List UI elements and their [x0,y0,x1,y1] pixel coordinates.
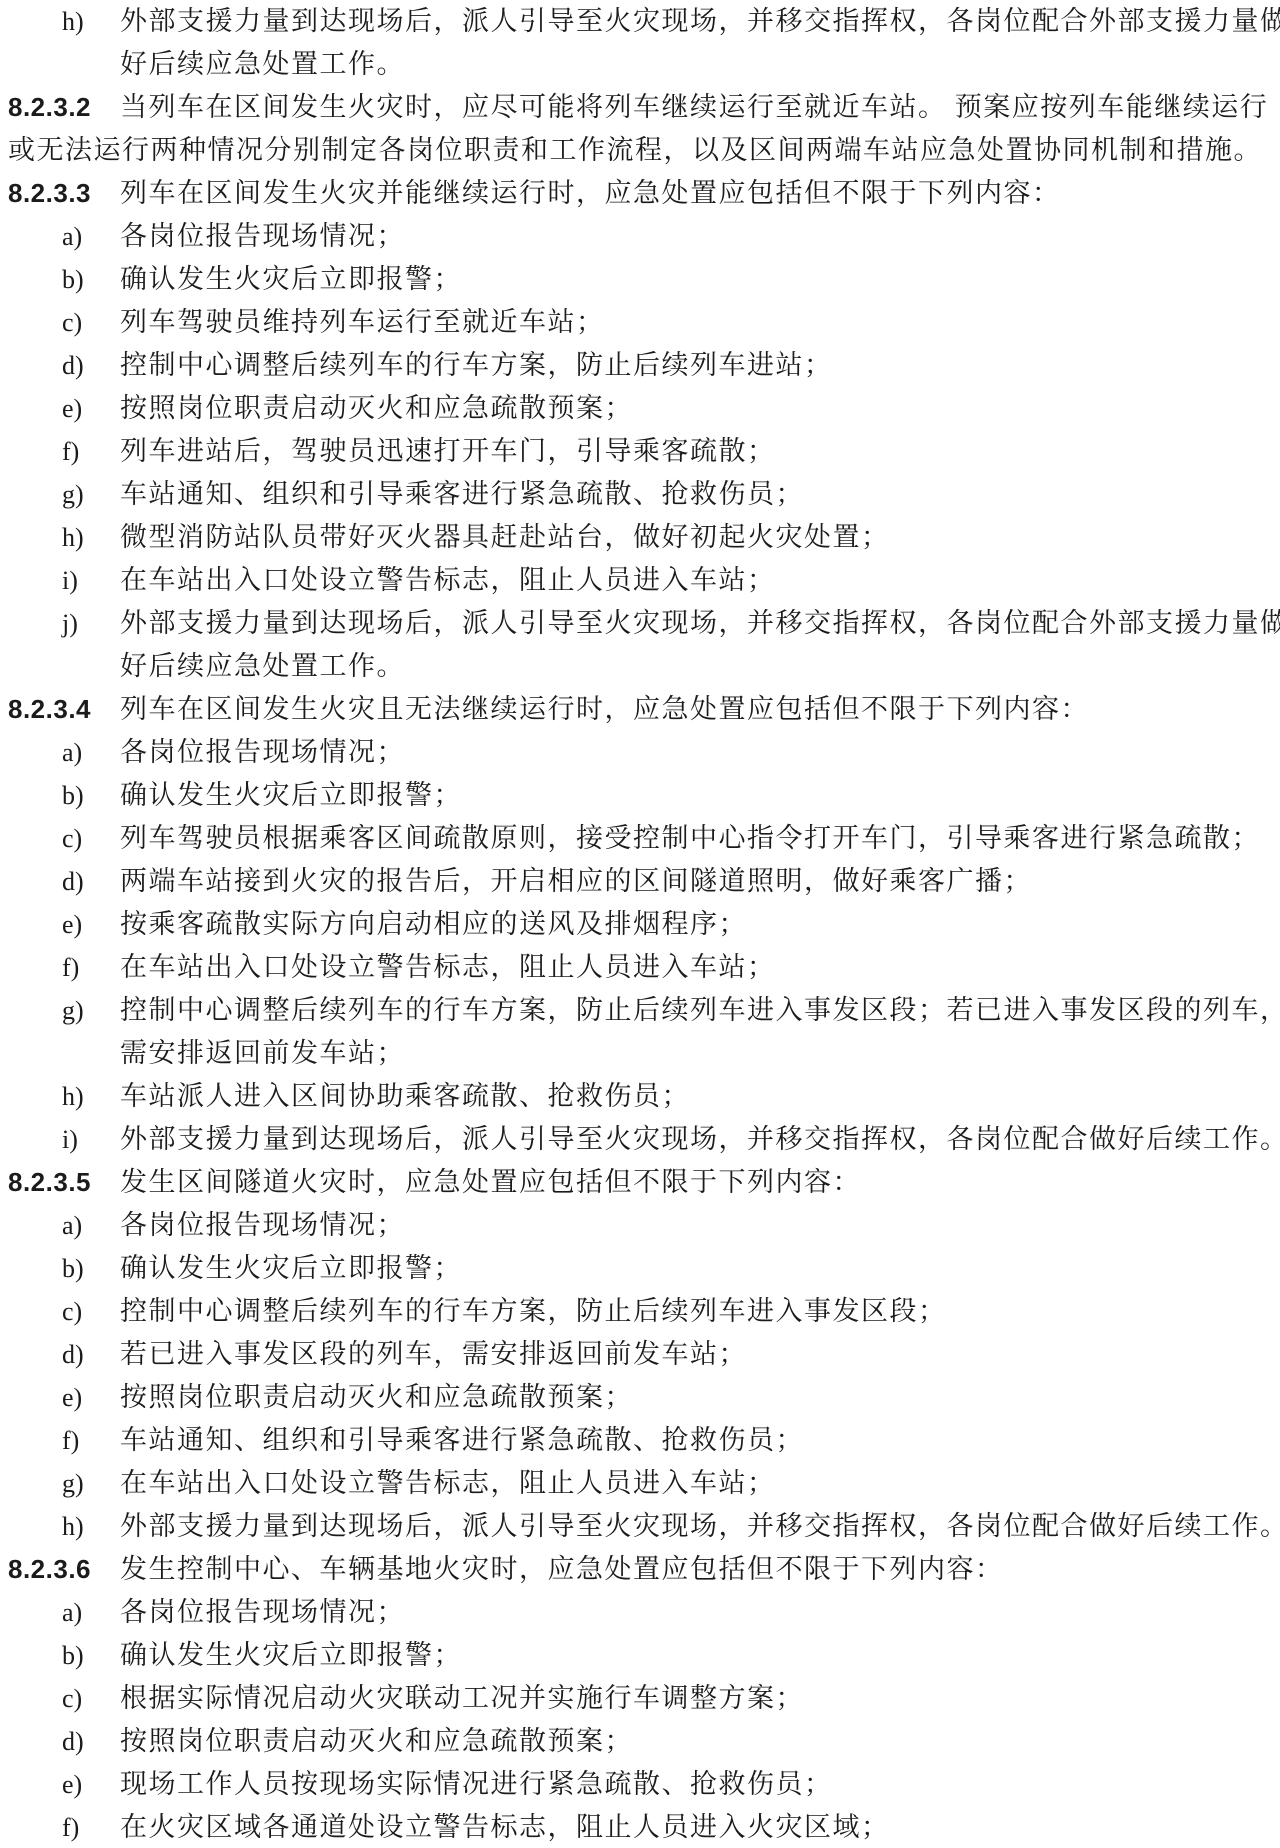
item-letter: d) [62,1333,120,1376]
item-h: h)外部支援力量到达现场后，派人引导至火灾现场，并移交指挥权，各岗位配合做好后续… [0,1505,1280,1548]
item-letter: e) [62,387,120,430]
item-f: f)在车站出入口处设立警告标志，阻止人员进入车站； [0,946,1280,989]
item-letter: j) [62,602,120,645]
line-text: 列车在区间发生火灾且无法继续运行时，应急处置应包括但不限于下列内容： [120,688,1089,731]
item-letter: c) [62,1290,120,1333]
line-text: 各岗位报告现场情况； [120,1591,405,1634]
line-text: 在车站出入口处设立警告标志，阻止人员进入车站； [120,559,776,602]
line-text: 发生区间隧道火灾时，应急处置应包括但不限于下列内容： [120,1161,861,1204]
item-c: c)控制中心调整后续列车的行车方案，防止后续列车进入事发区段； [0,1290,1280,1333]
section-number: 8.2.3.4 [8,688,120,731]
item-b: b)确认发生火灾后立即报警； [0,258,1280,301]
item-letter: a) [62,1591,120,1634]
line-text: 在火灾区域各通道处设立警告标志，阻止人员进入火灾区域； [120,1806,890,1848]
line-text: 确认发生火灾后立即报警； [120,774,462,817]
item-f: f)列车进站后，驾驶员迅速打开车门，引导乘客疏散； [0,430,1280,473]
line-text: 控制中心调整后续列车的行车方案，防止后续列车进入事发区段；若已进入事发区段的列车… [120,989,1280,1032]
item-d: d)控制中心调整后续列车的行车方案，防止后续列车进站； [0,344,1280,387]
item-f: f)在火灾区域各通道处设立警告标志，阻止人员进入火灾区域； [0,1806,1280,1848]
item-b: b)确认发生火灾后立即报警； [0,1634,1280,1677]
item-letter: b) [62,1634,120,1677]
item-letter: h) [62,1505,120,1548]
item-d: d)若已进入事发区段的列车，需安排返回前发车站； [0,1333,1280,1376]
document-page: h)外部支援力量到达现场后，派人引导至火灾现场，并移交指挥权，各岗位配合外部支援… [0,0,1280,1848]
item-letter: f) [62,946,120,989]
item-j: j)外部支援力量到达现场后，派人引导至火灾现场，并移交指挥权，各岗位配合外部支援… [0,602,1280,645]
line-text: 或无法运行两种情况分别制定各岗位职责和工作流程，以及区间两端车站应急处置协同机制… [8,129,1262,172]
item-e: e)按照岗位职责启动灭火和应急疏散预案； [0,1376,1280,1419]
line-text: 各岗位报告现场情况； [120,1204,405,1247]
line-text: 当列车在区间发生火灾时，应尽可能将列车继续运行至就近车站。 预案应按列车能继续运… [120,86,1268,129]
item-i: i)在车站出入口处设立警告标志，阻止人员进入车站； [0,559,1280,602]
line-text: 各岗位报告现场情况； [120,215,405,258]
item-letter: h) [62,516,120,559]
section-8-2-3-5: 8.2.3.5发生区间隧道火灾时，应急处置应包括但不限于下列内容： [0,1161,1280,1204]
item-f: f)车站通知、组织和引导乘客进行紧急疏散、抢救伤员； [0,1419,1280,1462]
item-h: h)微型消防站队员带好灭火器具赶赴站台，做好初起火灾处置； [0,516,1280,559]
item-letter: e) [62,1376,120,1419]
line-text: 车站通知、组织和引导乘客进行紧急疏散、抢救伤员； [120,473,804,516]
section-number: 8.2.3.3 [8,172,120,215]
line-text: 按照岗位职责启动灭火和应急疏散预案； [120,1376,633,1419]
section-8-2-3-6: 8.2.3.6发生控制中心、车辆基地火灾时，应急处置应包括但不限于下列内容： [0,1548,1280,1591]
item-letter: g) [62,473,120,516]
line-text: 发生控制中心、车辆基地火灾时，应急处置应包括但不限于下列内容： [120,1548,1004,1591]
line-text: 车站派人进入区间协助乘客疏散、抢救伤员； [120,1075,690,1118]
line-text: 列车驾驶员根据乘客区间疏散原则，接受控制中心指令打开车门，引导乘客进行紧急疏散； [120,817,1260,860]
item-c: c)列车驾驶员根据乘客区间疏散原则，接受控制中心指令打开车门，引导乘客进行紧急疏… [0,817,1280,860]
line-text: 按乘客疏散实际方向启动相应的送风及排烟程序； [120,903,747,946]
line-text: 确认发生火灾后立即报警； [120,258,462,301]
section-number: 8.2.3.6 [8,1548,120,1591]
item-h-continuing-run: h)外部支援力量到达现场后，派人引导至火灾现场，并移交指挥权，各岗位配合外部支援… [0,0,1280,43]
line-text: 按照岗位职责启动灭火和应急疏散预案； [120,387,633,430]
item-a: a)各岗位报告现场情况； [0,215,1280,258]
line-text: 外部支援力量到达现场后，派人引导至火灾现场，并移交指挥权，各岗位配合做好后续工作… [120,1118,1280,1161]
item-letter: f) [62,1419,120,1462]
line-text: 列车进站后，驾驶员迅速打开车门，引导乘客疏散； [120,430,776,473]
item-letter: h) [62,0,120,43]
section-number: 8.2.3.5 [8,1161,120,1204]
item-letter: c) [62,1677,120,1720]
item-letter: a) [62,731,120,774]
line-text: 需安排返回前发车站； [120,1032,405,1075]
line-text: 车站通知、组织和引导乘客进行紧急疏散、抢救伤员； [120,1419,804,1462]
item-letter: c) [62,817,120,860]
item-letter: b) [62,1247,120,1290]
item-a: a)各岗位报告现场情况； [0,731,1280,774]
item-letter: h) [62,1075,120,1118]
item-b: b)确认发生火灾后立即报警； [0,774,1280,817]
item-d: d)按照岗位职责启动灭火和应急疏散预案； [0,1720,1280,1763]
line-text: 现场工作人员按现场实际情况进行紧急疏散、抢救伤员； [120,1763,833,1806]
item-letter: g) [62,1462,120,1505]
line-text: 控制中心调整后续列车的行车方案，防止后续列车进入事发区段； [120,1290,947,1333]
item-d: d)两端车站接到火灾的报告后，开启相应的区间隧道照明，做好乘客广播； [0,860,1280,903]
item-c: c)根据实际情况启动火灾联动工况并实施行车调整方案； [0,1677,1280,1720]
item-letter: e) [62,903,120,946]
item-i: i)外部支援力量到达现场后，派人引导至火灾现场，并移交指挥权，各岗位配合做好后续… [0,1118,1280,1161]
line-text: 外部支援力量到达现场后，派人引导至火灾现场，并移交指挥权，各岗位配合做好后续工作… [120,1505,1280,1548]
item-h: h)车站派人进入区间协助乘客疏散、抢救伤员； [0,1075,1280,1118]
item-continuation: 需安排返回前发车站； [0,1032,1280,1075]
item-letter: f) [62,430,120,473]
item-continuation: 好后续应急处置工作。 [0,645,1280,688]
item-letter: d) [62,860,120,903]
item-letter: d) [62,344,120,387]
item-g: g)车站通知、组织和引导乘客进行紧急疏散、抢救伤员； [0,473,1280,516]
item-g: g)控制中心调整后续列车的行车方案，防止后续列车进入事发区段；若已进入事发区段的… [0,989,1280,1032]
section-8-2-3-4: 8.2.3.4列车在区间发生火灾且无法继续运行时，应急处置应包括但不限于下列内容… [0,688,1280,731]
line-text: 好后续应急处置工作。 [120,645,405,688]
item-letter: a) [62,1204,120,1247]
line-text: 好后续应急处置工作。 [120,43,405,86]
line-text: 若已进入事发区段的列车，需安排返回前发车站； [120,1333,747,1376]
item-letter: i) [62,1118,120,1161]
item-e: e)现场工作人员按现场实际情况进行紧急疏散、抢救伤员； [0,1763,1280,1806]
item-c: c)列车驾驶员维持列车运行至就近车站； [0,301,1280,344]
line-text: 确认发生火灾后立即报警； [120,1247,462,1290]
line-text: 各岗位报告现场情况； [120,731,405,774]
item-letter: c) [62,301,120,344]
line-text: 按照岗位职责启动灭火和应急疏散预案； [120,1720,633,1763]
line-text: 确认发生火灾后立即报警； [120,1634,462,1677]
item-a: a)各岗位报告现场情况； [0,1591,1280,1634]
item-e: e)按照岗位职责启动灭火和应急疏散预案； [0,387,1280,430]
item-g: g)在车站出入口处设立警告标志，阻止人员进入车站； [0,1462,1280,1505]
line-text: 在车站出入口处设立警告标志，阻止人员进入车站； [120,946,776,989]
item-letter: e) [62,1763,120,1806]
section-number: 8.2.3.2 [8,86,120,129]
line-text: 外部支援力量到达现场后，派人引导至火灾现场，并移交指挥权，各岗位配合外部支援力量… [120,0,1280,43]
line-text: 根据实际情况启动火灾联动工况并实施行车调整方案； [120,1677,804,1720]
item-letter: b) [62,258,120,301]
line-text: 两端车站接到火灾的报告后，开启相应的区间隧道照明，做好乘客广播； [120,860,1032,903]
item-e: e)按乘客疏散实际方向启动相应的送风及排烟程序； [0,903,1280,946]
section-8-2-3-2: 8.2.3.2当列车在区间发生火灾时，应尽可能将列车继续运行至就近车站。 预案应… [0,86,1280,129]
item-continuation: 好后续应急处置工作。 [0,43,1280,86]
item-letter: g) [62,989,120,1032]
item-letter: b) [62,774,120,817]
section-continuation: 或无法运行两种情况分别制定各岗位职责和工作流程，以及区间两端车站应急处置协同机制… [0,129,1280,172]
item-letter: a) [62,215,120,258]
item-letter: i) [62,559,120,602]
line-text: 控制中心调整后续列车的行车方案，防止后续列车进站； [120,344,833,387]
line-text: 列车在区间发生火灾并能继续运行时，应急处置应包括但不限于下列内容： [120,172,1061,215]
item-b: b)确认发生火灾后立即报警； [0,1247,1280,1290]
item-letter: f) [62,1806,120,1848]
line-text: 外部支援力量到达现场后，派人引导至火灾现场，并移交指挥权，各岗位配合外部支援力量… [120,602,1280,645]
line-text: 列车驾驶员维持列车运行至就近车站； [120,301,605,344]
item-letter: d) [62,1720,120,1763]
item-a: a)各岗位报告现场情况； [0,1204,1280,1247]
line-text: 在车站出入口处设立警告标志，阻止人员进入车站； [120,1462,776,1505]
section-8-2-3-3: 8.2.3.3列车在区间发生火灾并能继续运行时，应急处置应包括但不限于下列内容： [0,172,1280,215]
line-text: 微型消防站队员带好灭火器具赶赴站台，做好初起火灾处置； [120,516,890,559]
